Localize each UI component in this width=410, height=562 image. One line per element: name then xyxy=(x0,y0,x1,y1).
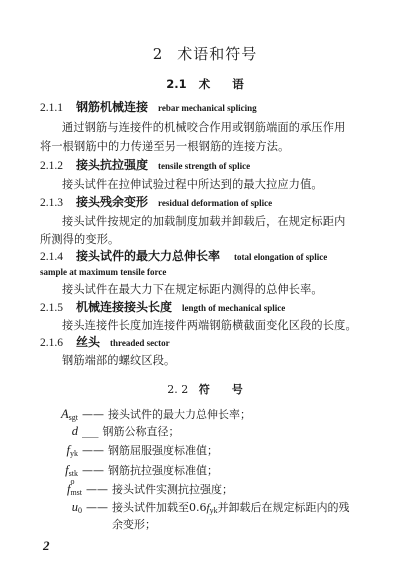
term-number: 2.1.4 xyxy=(40,250,76,265)
term-number: 2.1.2 xyxy=(40,159,76,174)
term-zh: 机械连接接头长度 xyxy=(76,300,172,314)
section-heading-terms: 2.1 术语 xyxy=(0,76,410,92)
chapter-title-text: 术语和符号 xyxy=(177,45,257,63)
section-heading-symbols: 2. 2 符号 xyxy=(0,381,410,397)
term-number: 2.1.5 xyxy=(40,301,76,316)
symbol-desc: 钢筋屈服强度标准值； xyxy=(108,444,218,457)
term-definition: 接头试件按规定的加载制度加载并卸载后，在规定标距内 xyxy=(62,214,345,229)
term-definition: 通过钢筋与连接件的机械咬合作用或钢筋端面的承压作用 xyxy=(62,120,345,135)
symbol: fomst xyxy=(56,482,82,500)
section-title-part: 号 xyxy=(232,383,243,396)
section-title-part: 符 xyxy=(199,383,210,396)
term-definition: 所测得的变形。 xyxy=(40,232,119,247)
symbol-entry: fomst——接头试件实测抗拉强度； xyxy=(56,482,233,500)
term-heading: 2.1.4接头试件的最大力总伸长率total elongation of spl… xyxy=(40,249,327,265)
term-zh: 丝头 xyxy=(76,335,100,349)
symbol-entry: u0——接头试件加载至0.6fyk并卸载后在规定标距内的残 xyxy=(56,500,350,518)
dash: —— xyxy=(82,463,104,478)
dash: ___ xyxy=(82,424,99,439)
chapter-title: 2术语和符号 xyxy=(0,43,410,64)
term-number: 2.1.6 xyxy=(40,336,76,351)
section-title-part: 术 xyxy=(199,77,211,91)
symbol-entry: fstk——钢筋抗拉强度标准值； xyxy=(56,463,218,481)
term-en: residual deformation of splice xyxy=(158,198,272,208)
dash: —— xyxy=(86,482,108,497)
term-zh: 接头试件的最大力总伸长率 xyxy=(76,249,220,263)
symbol-entry: Asgt——接头试件的最大力总伸长率； xyxy=(56,407,251,425)
term-heading: 2.1.1钢筋机械连接rebar mechanical splicing xyxy=(40,100,257,116)
section-number: 2.1 xyxy=(166,77,186,91)
term-heading: 2.1.2接头抗拉强度tensile strength of splice xyxy=(40,158,250,174)
term-zh: 接头残余变形 xyxy=(76,195,148,209)
symbol: d xyxy=(56,424,78,439)
symbol-desc: 并卸载后在规定标距内的残 xyxy=(218,501,350,514)
term-definition: 接头试件在最大力下在规定标距内测得的总伸长率。 xyxy=(62,282,323,297)
chapter-number: 2 xyxy=(153,45,164,63)
term-en: length of mechanical splice xyxy=(182,303,285,313)
inline-symbol: fyk xyxy=(207,501,218,518)
term-number: 2.1.1 xyxy=(40,101,76,116)
term-number: 2.1.3 xyxy=(40,196,76,211)
symbol-desc-continued: 余变形； xyxy=(112,517,156,532)
term-definition: 接头连接件长度加连接件两端钢筋横截面变化区段的长度。 xyxy=(62,318,357,333)
symbol-entry: fyk——钢筋屈服强度标准值； xyxy=(56,443,218,461)
symbol: u0 xyxy=(56,500,82,518)
term-en: threaded sector xyxy=(110,338,170,348)
dash: —— xyxy=(82,407,104,422)
term-heading: 2.1.6丝头threaded sector xyxy=(40,335,170,351)
symbol-desc: 接头试件的最大力总伸长率； xyxy=(108,408,251,421)
symbol-desc: 钢筋抗拉强度标准值； xyxy=(108,464,218,477)
symbol-entry: d___钢筋公称直径； xyxy=(56,424,180,439)
symbol-desc: 接头试件实测抗拉强度； xyxy=(112,483,233,496)
symbol-desc: 接头试件加载至0.6 xyxy=(112,501,207,514)
term-en: total elongation of splice xyxy=(234,252,327,262)
symbol: Asgt xyxy=(56,407,78,425)
term-definition: 接头试件在拉伸试验过程中所达到的最大拉应力值。 xyxy=(62,177,323,192)
term-zh: 接头抗拉强度 xyxy=(76,158,148,172)
symbol: fstk xyxy=(56,463,78,481)
dash: —— xyxy=(86,500,108,515)
section-number: 2. 2 xyxy=(167,383,188,396)
page-number: 2 xyxy=(43,538,50,554)
term-zh: 钢筋机械连接 xyxy=(76,100,148,114)
term-en-continued: sample at maximum tensile force xyxy=(40,267,166,277)
term-definition: 将一根钢筋中的力传递至另一根钢筋的连接方法。 xyxy=(40,139,289,154)
symbol: fyk xyxy=(56,443,78,461)
dash: —— xyxy=(82,443,104,458)
term-en: tensile strength of splice xyxy=(158,161,250,171)
term-heading: 2.1.5机械连接接头长度length of mechanical splice xyxy=(40,300,285,316)
section-title-part: 语 xyxy=(232,77,244,91)
term-heading: 2.1.3接头残余变形residual deformation of splic… xyxy=(40,195,272,211)
symbol-desc: 钢筋公称直径； xyxy=(103,425,180,438)
term-en: rebar mechanical splicing xyxy=(158,103,257,113)
term-definition: 钢筋端部的螺纹区段。 xyxy=(62,353,175,368)
